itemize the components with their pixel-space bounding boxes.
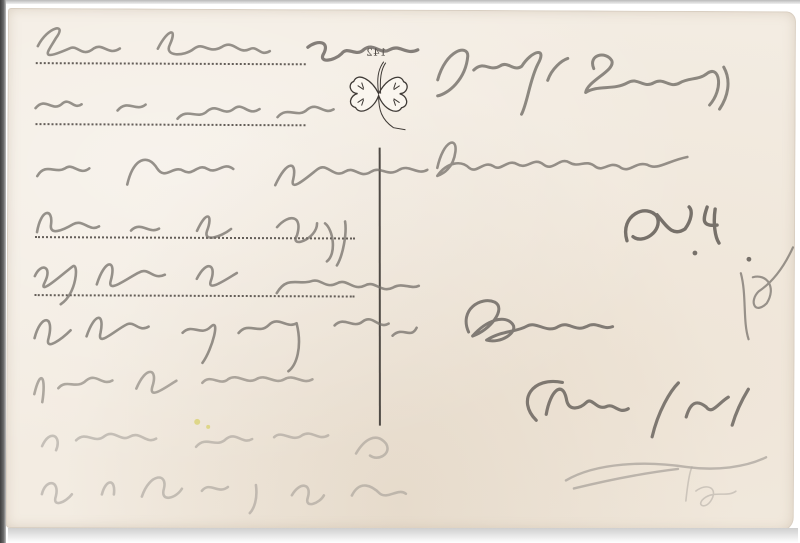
- message-dotted-line-4: [35, 294, 355, 297]
- yellow-stain: [206, 425, 210, 429]
- yellow-stain: [194, 419, 200, 425]
- message-dotted-line-2: [35, 123, 305, 126]
- scan-bottom-edge: [8, 528, 798, 543]
- four-leaf-clover-icon: [343, 49, 413, 139]
- scan-top-edge: [0, 0, 800, 4]
- message-dotted-line-3: [35, 236, 355, 239]
- message-dotted-line-1: [36, 62, 306, 65]
- center-divider: [379, 148, 381, 426]
- postcard: 142: [6, 8, 796, 531]
